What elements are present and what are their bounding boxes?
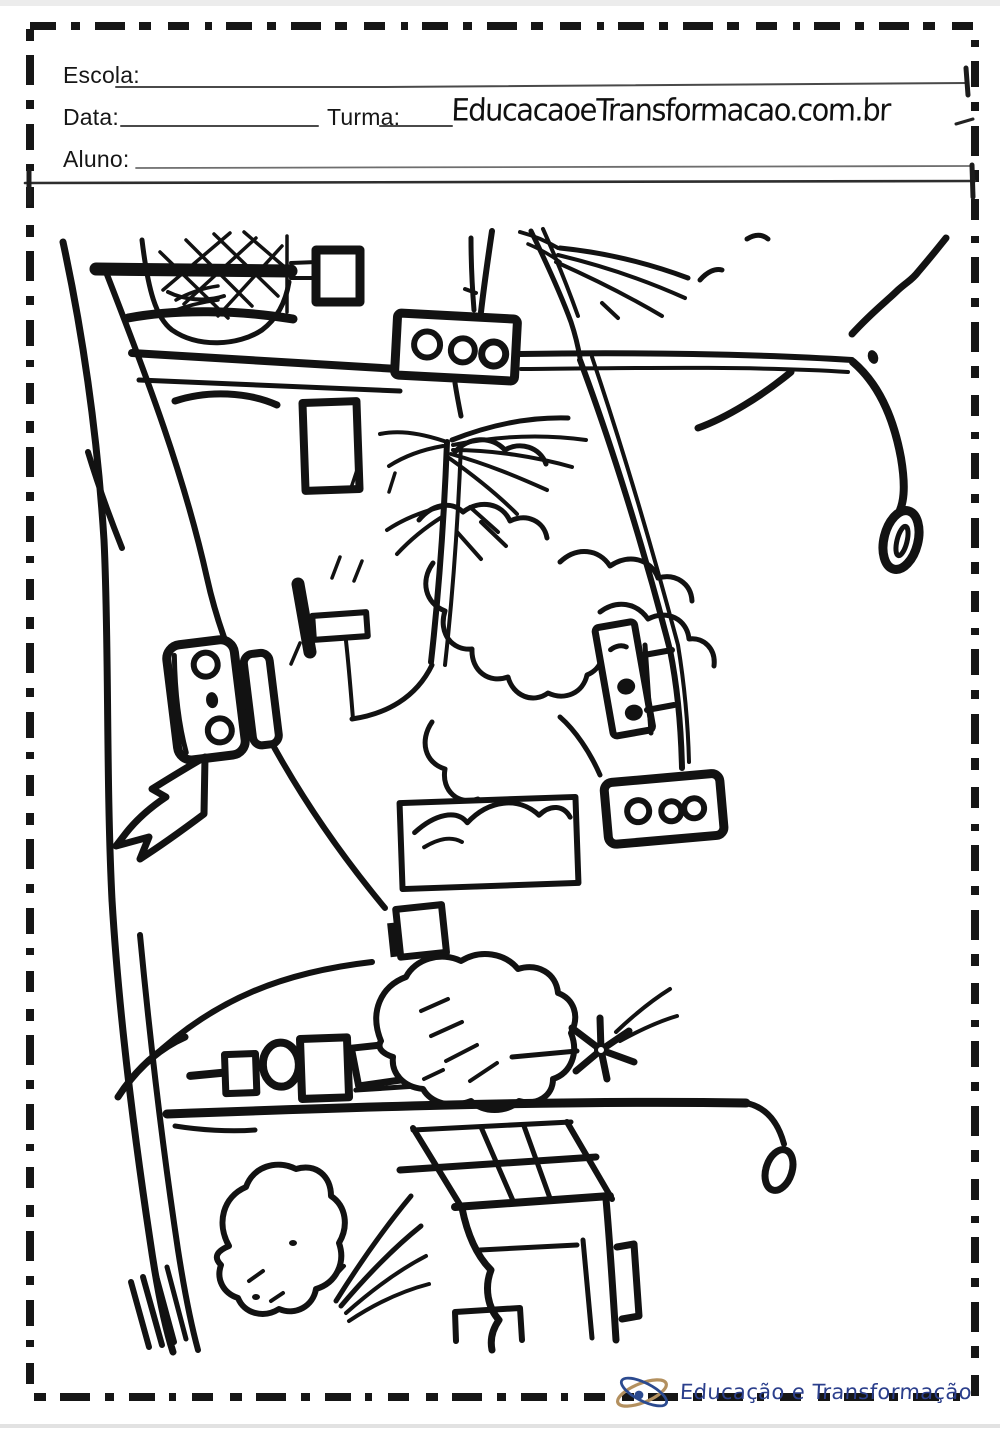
street-scene-illustration [63, 229, 946, 1352]
orbit-logo-icon [612, 1369, 674, 1415]
traffic-light-2 [604, 773, 725, 845]
street-sign-post [298, 584, 368, 719]
trellis-bush [142, 232, 289, 343]
pedestrian-signal-box [595, 621, 674, 736]
small-utility-box [386, 905, 447, 959]
bushes-clouds [419, 440, 714, 821]
road-arrow-marking [116, 757, 205, 859]
coloring-scene-svg [0, 0, 1000, 1433]
round-bush-2 [217, 1165, 429, 1321]
spiral-lamp-post [746, 1103, 798, 1194]
car-shape [116, 634, 281, 859]
date-field-label: Data: [63, 104, 119, 131]
site-watermark: EducacaoeTransformacao.com.br [451, 92, 972, 128]
class-field-label: Turma: [327, 104, 400, 131]
billboard-panel [400, 797, 579, 889]
brand-name: Educação e Transformação [679, 1380, 972, 1404]
traffic-light-1 [394, 313, 517, 416]
worksheet-page: { "header": { "school_label": "Escola:",… [0, 0, 1000, 1433]
school-field-label: Escola: [63, 62, 140, 89]
top-palm-fronds [520, 232, 688, 318]
brand-footer: Educação e Transformação [612, 1368, 972, 1416]
student-field-label: Aluno: [63, 146, 129, 173]
header-rules [25, 68, 975, 203]
rectangular-sign [302, 401, 359, 491]
street-lamp [698, 235, 946, 573]
round-bush-1 [376, 954, 575, 1110]
